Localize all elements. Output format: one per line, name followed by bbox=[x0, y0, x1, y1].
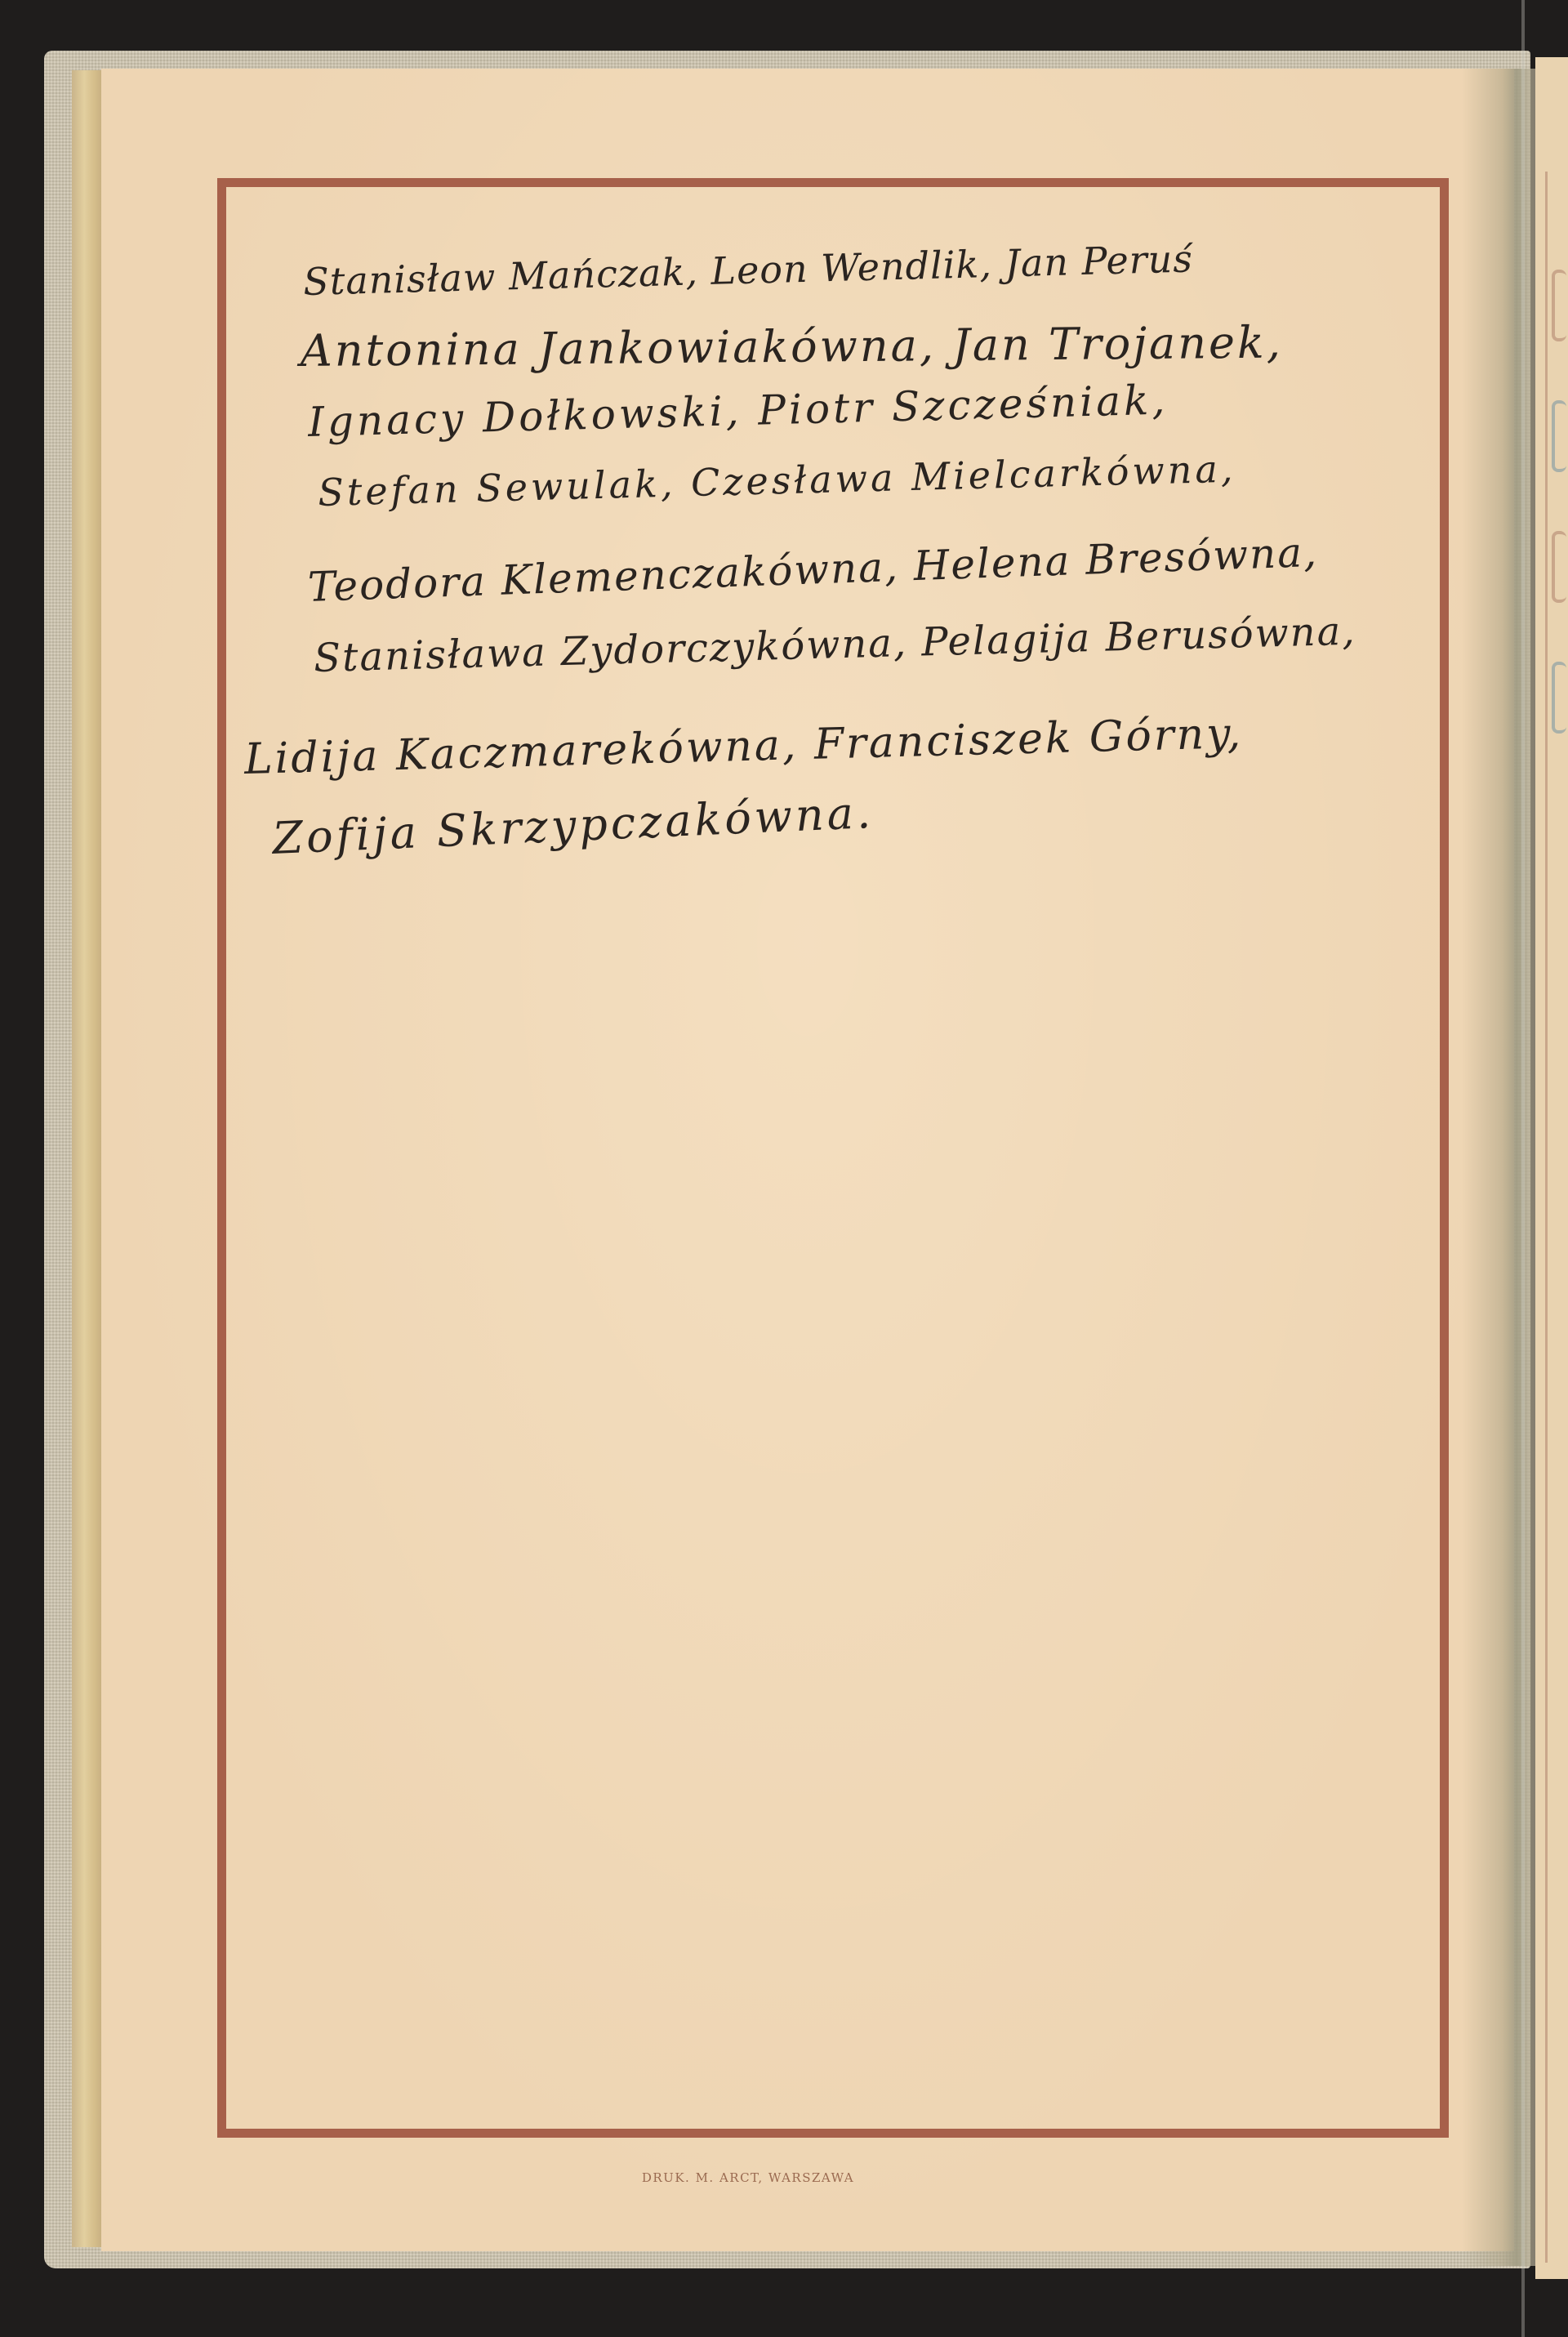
printer-imprint: DRUK. M. ARCT, WARSZAWA bbox=[0, 2170, 1568, 2185]
handwritten-line: Teodora Klemenczakówna, Helena Bresówna, bbox=[307, 529, 1319, 611]
handwritten-line: Zofija Skrzypczakówna. bbox=[271, 787, 875, 864]
handwritten-line: Stanisława Zydorczykówna, Pelagija Berus… bbox=[314, 609, 1357, 681]
handwritten-names-list: Stanisław Mańczak, Leon Wendlik, Jan Per… bbox=[0, 0, 1568, 980]
handwritten-line: Ignacy Dołkowski, Piotr Szcześniak, bbox=[307, 376, 1168, 446]
handwritten-line: Antonina Jankowiakówna, Jan Trojanek, bbox=[300, 317, 1283, 377]
printer-imprint-text: DRUK. M. ARCT, WARSZAWA bbox=[642, 2170, 854, 2185]
handwritten-line: Stefan Sewulak, Czesława Mielcarkówna, bbox=[318, 447, 1236, 515]
handwritten-line: Lidija Kaczmarekówna, Franciszek Górny, bbox=[243, 709, 1243, 784]
handwritten-line: Stanisław Mańczak, Leon Wendlik, Jan Per… bbox=[303, 236, 1194, 304]
